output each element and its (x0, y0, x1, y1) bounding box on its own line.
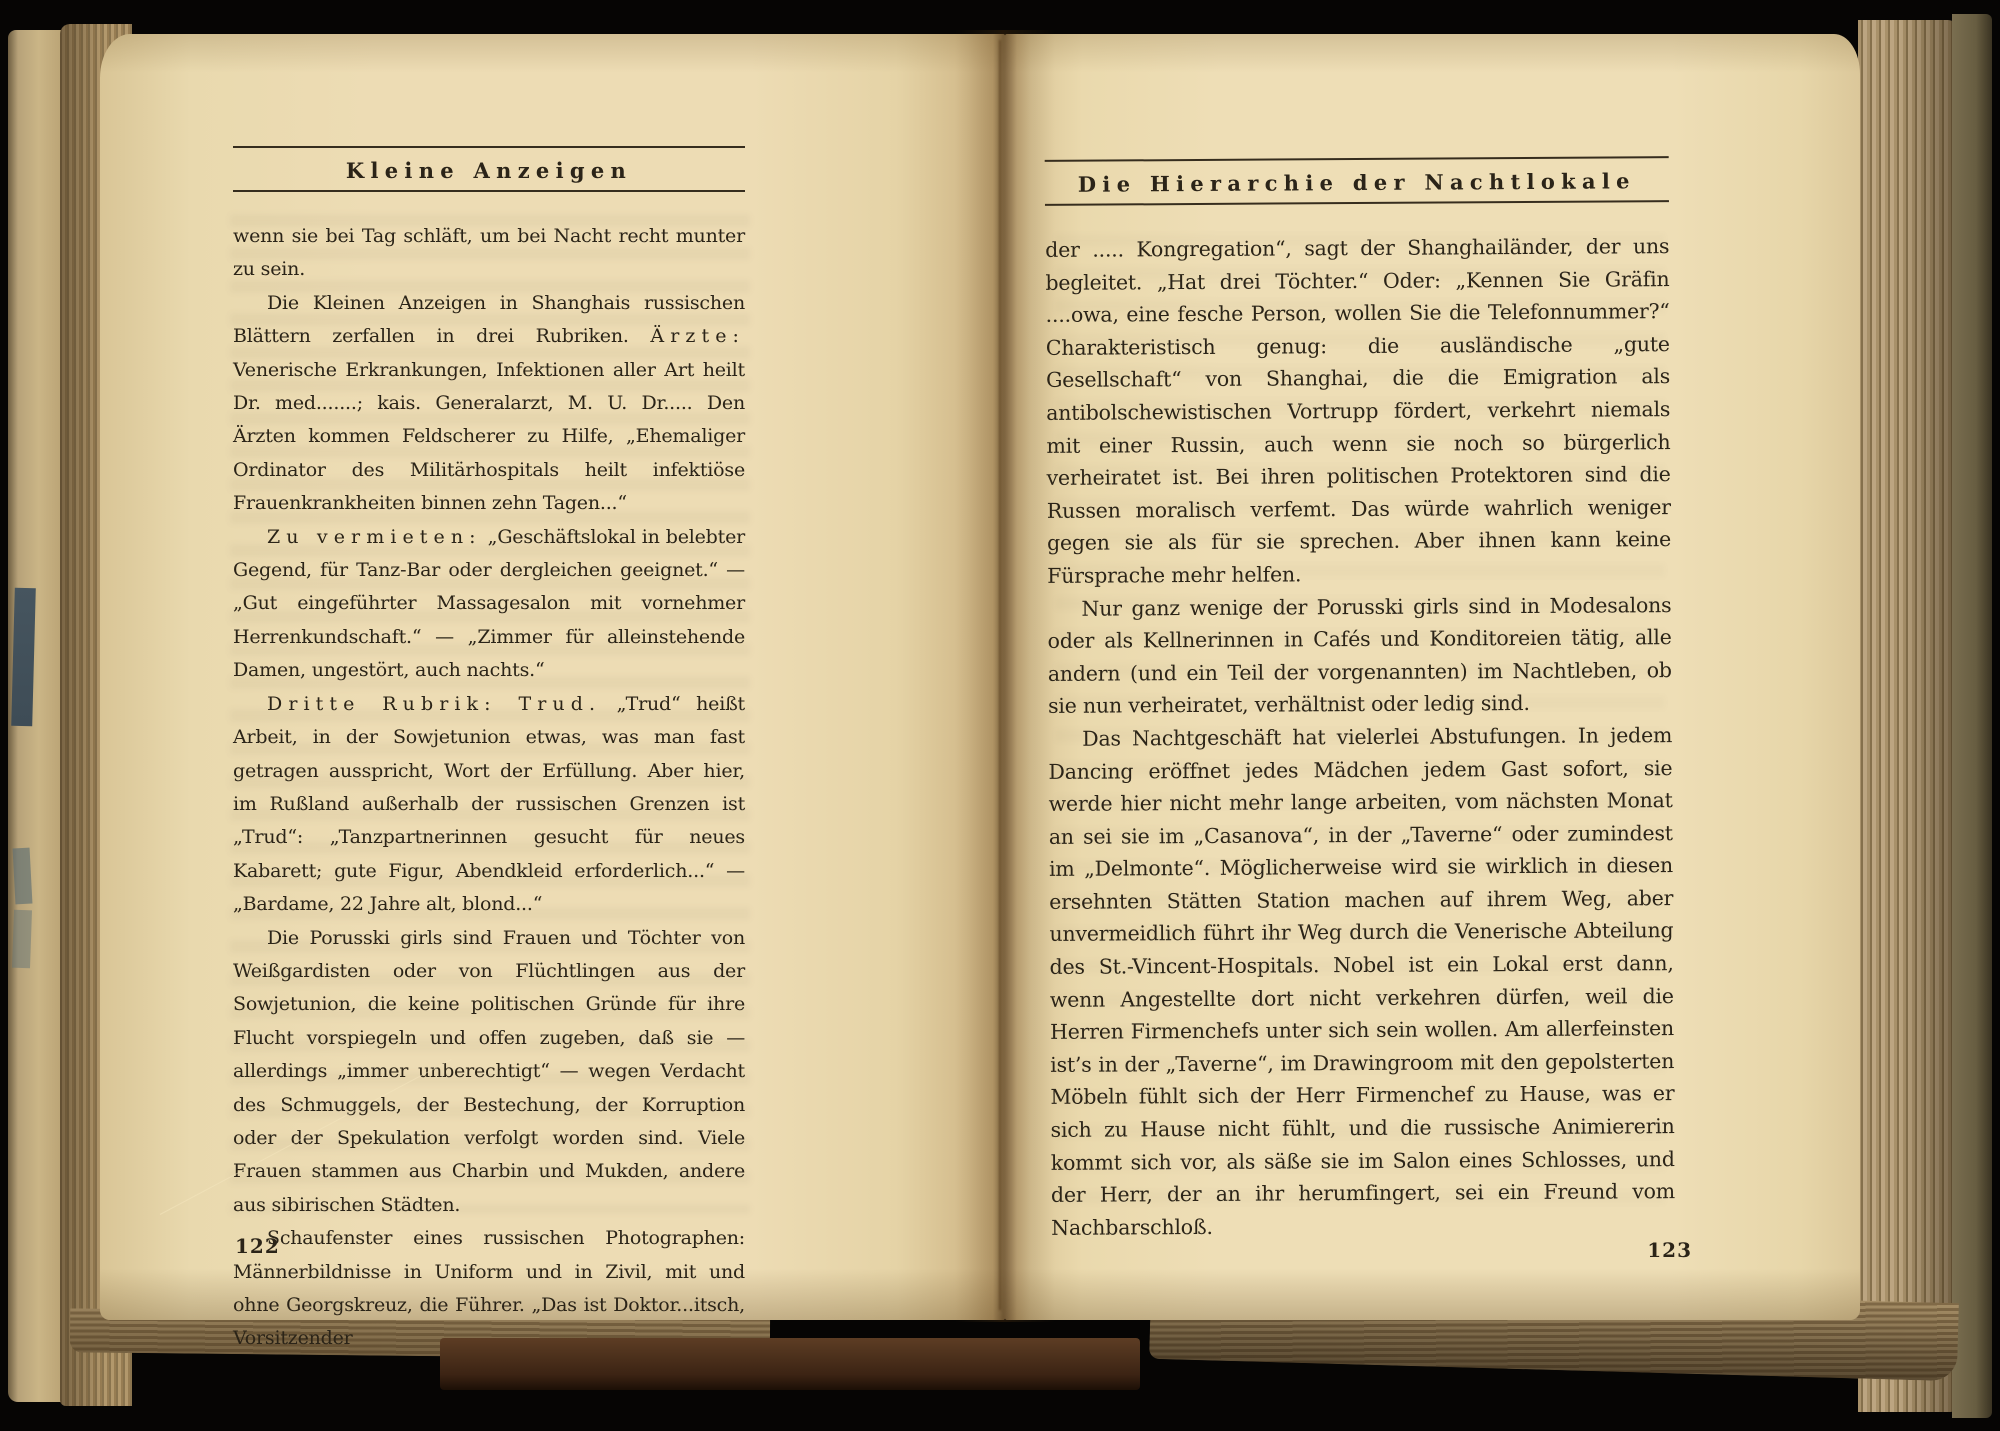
left-page-content: Kleine Anzeigen wenn sie bei Tag schläft… (233, 146, 745, 1356)
left-page: Kleine Anzeigen wenn sie bei Tag schläft… (100, 34, 1005, 1320)
text-run: Das Nachtgeschäft hat vielerlei Abstufun… (1048, 723, 1675, 1240)
left-body-text: wenn sie bei Tag schläft, um bei Nacht r… (233, 220, 745, 1356)
text-run: wenn sie bei Tag schläft, um bei Nacht r… (233, 225, 745, 280)
text-run: Schaufenster eines russischen Photograph… (233, 1227, 745, 1349)
paragraph: Dritte Rubrik: Trud. „Trud“ heißt Arbeit… (233, 688, 745, 922)
text-run: Nur ganz wenige der Porusski girls sind … (1048, 593, 1672, 719)
spine-label-blue-faded (13, 848, 33, 905)
text-run: Venerische Erkrankungen, Infektionen all… (233, 359, 745, 515)
book-photo: Kleine Anzeigen wenn sie bei Tag schläft… (0, 0, 2000, 1431)
right-running-head: Die Hierarchie der Nachtlokale (1045, 158, 1669, 204)
page-stack-right (1858, 20, 1958, 1412)
text-run: „Trud“ heißt Arbeit, in der Sowjetunion … (233, 693, 745, 915)
letterspaced-phrase: Ärzte: (650, 325, 745, 347)
right-body-text: der ..... Kongregation“, sagt der Shangh… (1045, 230, 1675, 1244)
paragraph: Das Nachtgeschäft hat vielerlei Abstufun… (1048, 719, 1675, 1244)
paragraph: Nur ganz wenige der Porusski girls sind … (1047, 589, 1672, 723)
paragraph: Zu vermieten: „Geschäftslokal in belebte… (233, 521, 745, 688)
text-run: der ..... Kongregation“, sagt der Shangh… (1045, 234, 1671, 588)
book-cover-right-edge (1952, 14, 1992, 1418)
text-run: „Geschäftslokal in belebter Gegend, für … (233, 526, 745, 682)
letterspaced-phrase: Zu vermieten: (267, 526, 482, 548)
spine-label-blue (11, 588, 36, 727)
paragraph: der ..... Kongregation“, sagt der Shangh… (1045, 230, 1671, 592)
header-rule-bottom (233, 190, 745, 192)
left-running-head: Kleine Anzeigen (233, 148, 745, 190)
right-page-content: Die Hierarchie der Nachtlokale der .....… (1045, 156, 1676, 1244)
right-page-number: 123 (1647, 1238, 1692, 1262)
left-page-number: 122 (235, 1234, 280, 1258)
letterspaced-phrase: Dritte Rubrik: Trud. (267, 693, 601, 715)
paragraph: Die Kleinen Anzeigen in Shanghais russis… (233, 287, 745, 521)
paragraph: Schaufenster eines russischen Photograph… (233, 1222, 745, 1356)
paragraph: Die Porusski girls sind Frauen und Töcht… (233, 922, 745, 1223)
right-page: Die Hierarchie der Nachtlokale der .....… (1005, 34, 1860, 1320)
text-run: Die Porusski girls sind Frauen und Töcht… (233, 927, 745, 1216)
paragraph: wenn sie bei Tag schläft, um bei Nacht r… (233, 220, 745, 287)
spine-crease (999, 40, 1001, 1310)
spine-label-blue-faded (12, 910, 32, 969)
